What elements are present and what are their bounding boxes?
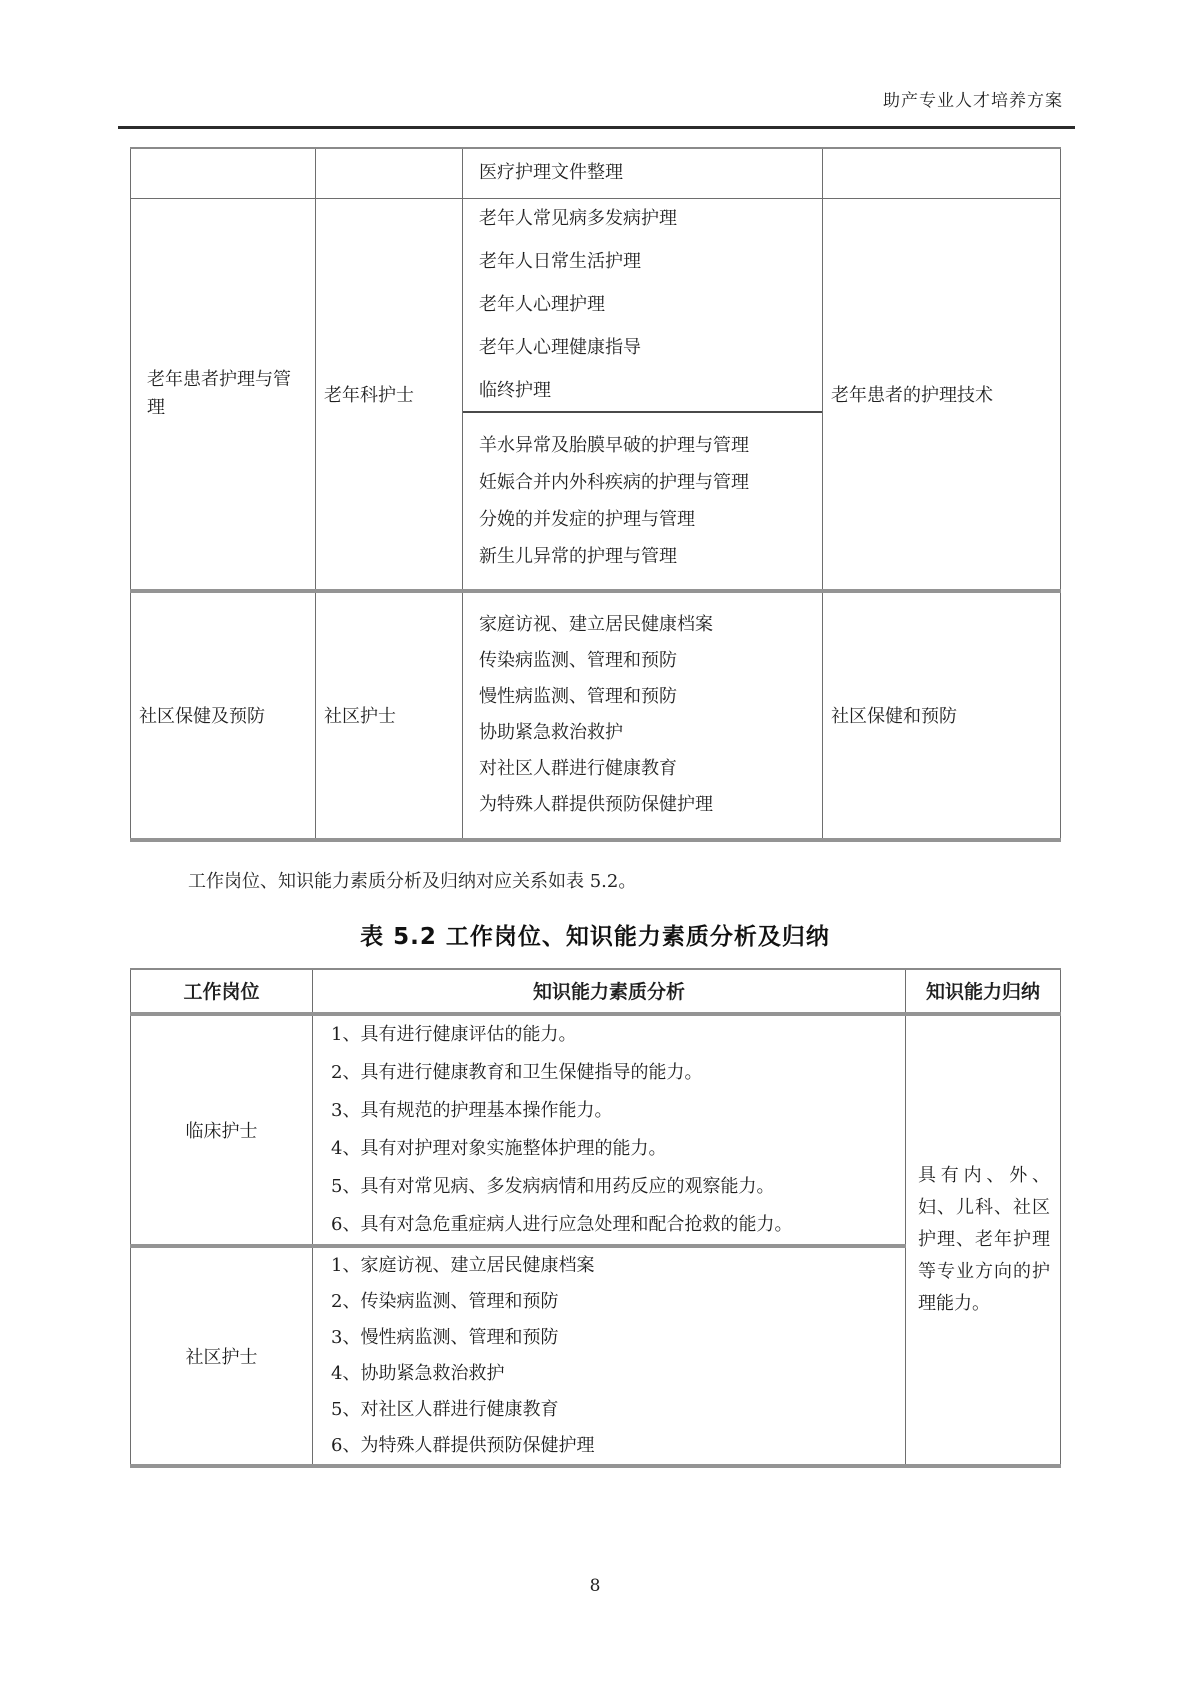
table-5-2-caption: 表 5.2 工作岗位、知识能力素质分析及归纳: [130, 918, 1060, 951]
task-item: 分娩的并发症的护理与管理: [479, 501, 812, 538]
analysis-item: 1、家庭访视、建立居民健康档案: [331, 1248, 893, 1284]
analysis-item: 4、具有对护理对象实施整体护理的能力。: [331, 1130, 893, 1168]
analysis-item: 6、具有对急危重症病人进行应急处理和配合抢救的能力。: [331, 1206, 893, 1244]
role-cell: 老年科护士: [316, 198, 463, 591]
analysis-item: 5、具有对常见病、多发病病情和用药反应的观察能力。: [331, 1168, 893, 1206]
task-item: 羊水异常及胎膜早破的护理与管理: [479, 427, 812, 464]
task-item: 老年人心理健康指导: [479, 326, 812, 369]
running-header-title: 助产专业人才培养方案: [118, 86, 1063, 111]
merged-summary-cell: 具有内、外、妇、儿科、社区护理、老年护理等专业方向的护理能力。: [906, 1014, 1061, 1466]
summary-cell: 社区保健和预防: [823, 591, 1061, 840]
task-item: 慢性病监测、管理和预防: [479, 679, 812, 715]
position-cell: 老年患者护理与管理: [131, 198, 316, 591]
tasks-cell: 老年人常见病多发病护理 老年人日常生活护理 老年人心理护理 老年人心理健康指导 …: [463, 198, 823, 591]
tasks-cell: 医疗护理文件整理: [463, 148, 823, 198]
analysis-item: 1、具有进行健康评估的能力。: [331, 1016, 893, 1054]
task-item: 协助紧急救治救护: [479, 715, 812, 751]
task-group-community: 家庭访视、建立居民健康档案 传染病监测、管理和预防 慢性病监测、管理和预防 协助…: [463, 593, 822, 838]
task-item: 医疗护理文件整理: [479, 161, 812, 185]
column-header-analysis: 知识能力素质分析: [313, 969, 906, 1014]
document-page: 助产专业人才培养方案 医疗护理文件整理 老年患者护理与管理 老年科护士 老年人常…: [0, 0, 1199, 1696]
analysis-item: 3、具有规范的护理基本操作能力。: [331, 1092, 893, 1130]
header-rule: [118, 126, 1075, 129]
summary-cell-empty: [823, 148, 1061, 198]
analysis-item: 2、传染病监测、管理和预防: [331, 1284, 893, 1320]
column-header-post: 工作岗位: [131, 969, 313, 1014]
analysis-item: 2、具有进行健康教育和卫生保健指导的能力。: [331, 1054, 893, 1092]
table-row: 老年患者护理与管理 老年科护士 老年人常见病多发病护理 老年人日常生活护理 老年…: [131, 198, 1061, 591]
position-cell: 社区保健及预防: [131, 591, 316, 840]
table-row: 社区保健及预防 社区护士 家庭访视、建立居民健康档案 传染病监测、管理和预防 慢…: [131, 591, 1061, 840]
analysis-cell: 1、家庭访视、建立居民健康档案 2、传染病监测、管理和预防 3、慢性病监测、管理…: [313, 1246, 906, 1466]
analysis-item: 3、慢性病监测、管理和预防: [331, 1320, 893, 1356]
post-cell: 临床护士: [131, 1014, 313, 1246]
task-item: 对社区人群进行健康教育: [479, 751, 812, 787]
task-item: 妊娠合并内外科疾病的护理与管理: [479, 464, 812, 501]
task-item: 老年人心理护理: [479, 283, 812, 326]
tasks-cell: 家庭访视、建立居民健康档案 传染病监测、管理和预防 慢性病监测、管理和预防 协助…: [463, 591, 823, 840]
table-row: 临床护士 1、具有进行健康评估的能力。 2、具有进行健康教育和卫生保健指导的能力…: [131, 1014, 1061, 1246]
task-item: 临终护理: [479, 369, 812, 412]
task-item: 传染病监测、管理和预防: [479, 643, 812, 679]
page-number: 8: [130, 1576, 1060, 1596]
task-item: 老年人常见病多发病护理: [479, 197, 812, 240]
task-group-elderly: 老年人常见病多发病护理 老年人日常生活护理 老年人心理护理 老年人心理健康指导 …: [463, 199, 822, 413]
analysis-item: 5、对社区人群进行健康教育: [331, 1392, 893, 1428]
summary-cell: 老年患者的护理技术: [823, 198, 1061, 591]
task-item: 老年人日常生活护理: [479, 240, 812, 283]
role-cell: 社区护士: [316, 591, 463, 840]
task-item: 新生儿异常的护理与管理: [479, 538, 812, 575]
post-cell: 社区护士: [131, 1246, 313, 1466]
table-header-row: 工作岗位 知识能力素质分析 知识能力归纳: [131, 969, 1061, 1014]
column-header-summary: 知识能力归纳: [906, 969, 1061, 1014]
analysis-item: 6、为特殊人群提供预防保健护理: [331, 1428, 893, 1464]
task-group-obstetric: 羊水异常及胎膜早破的护理与管理 妊娠合并内外科疾病的护理与管理 分娩的并发症的护…: [463, 413, 822, 589]
knowledge-ability-table: 工作岗位 知识能力素质分析 知识能力归纳 临床护士 1、具有进行健康评估的能力。…: [130, 968, 1061, 1468]
lead-in-paragraph: 工作岗位、知识能力素质分析及归纳对应关系如表 5.2。: [130, 867, 1060, 893]
role-cell-empty: [316, 148, 463, 198]
task-item: 为特殊人群提供预防保健护理: [479, 787, 812, 823]
table-row: 医疗护理文件整理: [131, 148, 1061, 198]
job-tasks-table: 医疗护理文件整理 老年患者护理与管理 老年科护士 老年人常见病多发病护理 老年人…: [130, 147, 1061, 842]
analysis-item: 4、协助紧急救治救护: [331, 1356, 893, 1392]
task-item: 家庭访视、建立居民健康档案: [479, 607, 812, 643]
analysis-cell: 1、具有进行健康评估的能力。 2、具有进行健康教育和卫生保健指导的能力。 3、具…: [313, 1014, 906, 1246]
position-cell-empty: [131, 148, 316, 198]
